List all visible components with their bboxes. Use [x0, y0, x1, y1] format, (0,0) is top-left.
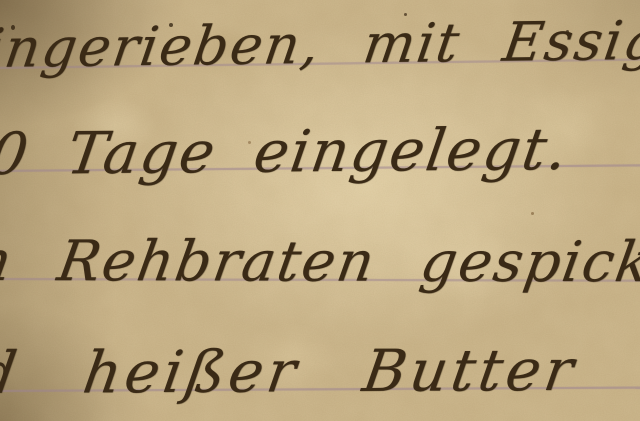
ink-speck [404, 13, 407, 16]
ruled-line-4 [0, 387, 640, 392]
ruled-line-1 [0, 58, 640, 69]
ink-speck [169, 23, 173, 27]
paper-freckle [531, 212, 534, 215]
ink-speck [566, 30, 569, 33]
handwriting-line-2: 0 Tage eingelegt. Vor de [0, 117, 640, 183]
ruled-line-2 [0, 164, 640, 172]
paper-freckle [248, 141, 251, 144]
ruled-line-3 [0, 278, 640, 282]
handwriting-line-4: d heißer Butter ŭ. [0, 340, 640, 402]
manuscript-photo: ingerieben, mit Essig v 0 Tage eingelegt… [0, 0, 640, 421]
handwriting-line-3: n Rehbraten gespickt mi [0, 234, 640, 291]
ink-speck [11, 25, 15, 30]
